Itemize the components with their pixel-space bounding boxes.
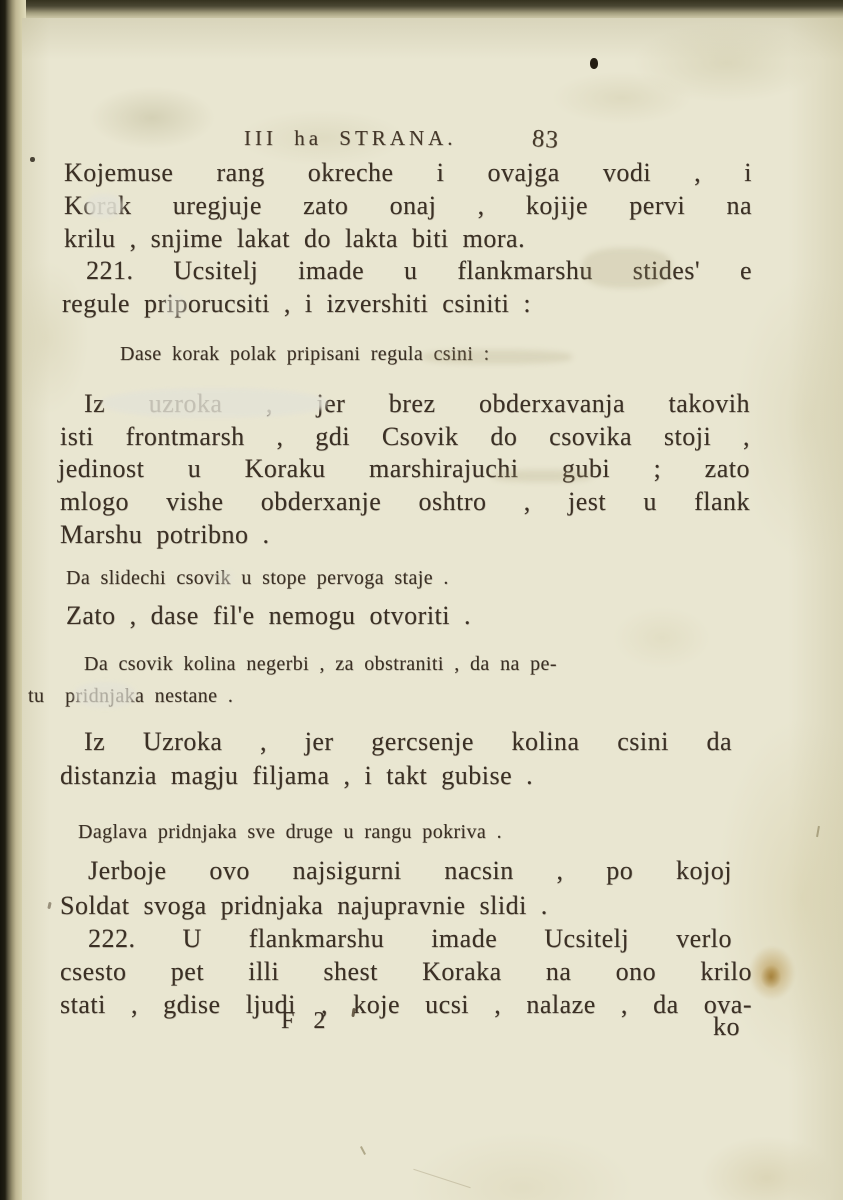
paper-smudge xyxy=(86,194,122,218)
foxing-stain xyxy=(758,962,784,992)
book-scan: III ha STRANA. 83 Kojemuse rang okreche … xyxy=(0,0,843,1200)
show-through xyxy=(422,350,572,364)
running-title: III ha STRANA. xyxy=(244,126,457,151)
paper-smudge xyxy=(218,570,234,586)
text-line: Da slidechi csovik u stope pervoga staje… xyxy=(66,566,449,590)
ink-speck xyxy=(30,157,35,162)
text-line: Soldat svoga pridnjaka najupravnie slidi… xyxy=(60,891,548,921)
text-line: Zato , dase fil'e nemogu otvoriti . xyxy=(66,601,471,631)
text-line: csesto pet illi shest Koraka na ono kril… xyxy=(60,957,752,987)
page-number: 83 xyxy=(531,125,560,155)
paper-scratch xyxy=(413,1169,470,1188)
text-line: Daglava pridnjaka sve druge u rangu pokr… xyxy=(78,820,502,844)
text-line: 222. U flankmarshu imade Ucsitelj verlo xyxy=(88,924,732,954)
margin-mark xyxy=(816,826,820,837)
text-line: Iz Uzroka , jer gercsenje kolina csini d… xyxy=(84,727,732,757)
text-line: krilu , snjime lakat do lakta biti mora. xyxy=(64,224,525,254)
text-line: Da csovik kolina negerbi , za obstraniti… xyxy=(84,652,557,676)
show-through xyxy=(582,248,672,288)
catchword: ko xyxy=(713,1012,740,1042)
text-line: stati , gdise ljudi , koje ucsi , nalaze… xyxy=(60,990,752,1020)
text-line: isti frontmarsh , gdi Csovik do csovika … xyxy=(60,422,750,452)
paper-smudge xyxy=(74,682,136,708)
text-line: distanzia magju filjama , i takt gubise … xyxy=(60,761,533,791)
margin-mark xyxy=(47,902,51,909)
text-line: jedinost u Koraku marshirajuchi gubi ; z… xyxy=(58,454,750,484)
margin-mark xyxy=(360,1146,366,1155)
text-line: Korak uregjuje zato onaj , kojije pervi … xyxy=(64,191,752,221)
paper-smudge xyxy=(164,295,186,317)
text-line: Marshu potribno . xyxy=(60,520,270,550)
text-line: Jerboje ovo najsigurni nacsin , po kojoj xyxy=(88,856,732,886)
signature-mark: F 2 xyxy=(281,1006,328,1036)
text-line: mlogo vishe obderxanje oshtro , jest u f… xyxy=(60,487,750,517)
paper-smudge xyxy=(102,388,327,418)
text-line: Kojemuse rang okreche i ovajga vodi , i xyxy=(64,158,752,188)
book-page: III ha STRANA. 83 Kojemuse rang okreche … xyxy=(22,18,843,1200)
ink-speck xyxy=(590,58,598,69)
text-line: regule priporucsiti , i izvershiti csini… xyxy=(62,289,531,319)
show-through xyxy=(492,470,592,482)
